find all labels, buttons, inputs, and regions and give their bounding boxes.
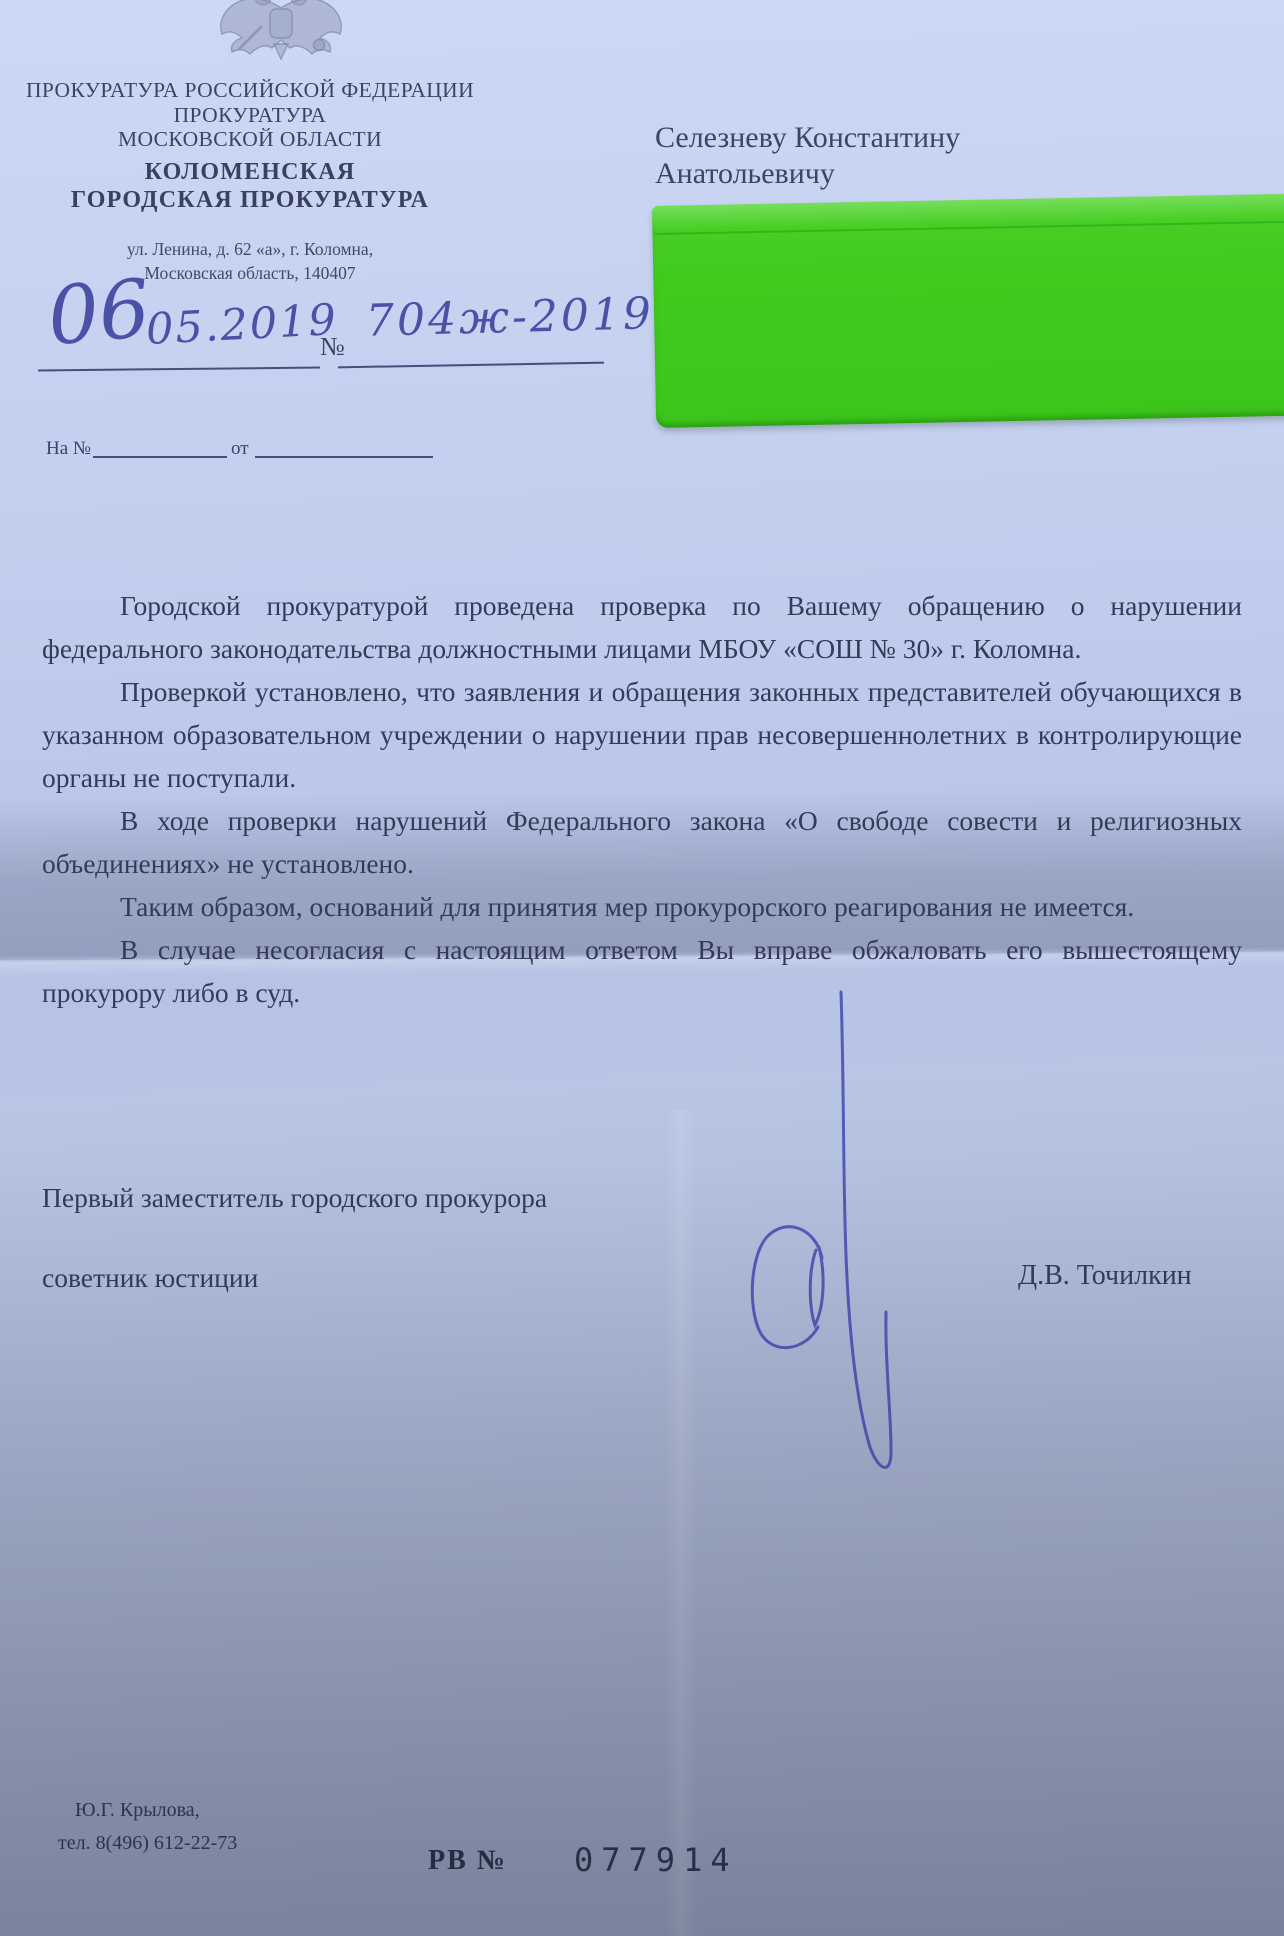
handwritten-date-rest: 05.2019	[145, 295, 339, 355]
letterhead-org-line1: ПРОКУРАТУРА РОССИЙСКОЙ ФЕДЕРАЦИИ	[8, 78, 492, 103]
body-paragraph-1: Городской прокуратурой проведена проверк…	[42, 584, 1242, 670]
green-sticker	[652, 193, 1284, 428]
stamp-prefix-label: РВ №	[428, 1845, 507, 1877]
letterhead-address-line1: ул. Ленина, д. 62 «а», г. Коломна,	[8, 239, 492, 260]
body-paragraph-2: Проверкой установлено, что заявления и о…	[42, 670, 1242, 799]
letterhead-org-line2: ПРОКУРАТУРА	[8, 103, 492, 128]
executor-name: Ю.Г. Крылова,	[75, 1799, 200, 1822]
paper-crease	[664, 1110, 698, 1936]
signer-name: Д.В. Точилкин	[1018, 1260, 1192, 1292]
russia-coat-of-arms-icon	[206, 0, 356, 60]
body-paragraph-3: В ходе проверки нарушений Федерального з…	[42, 799, 1242, 885]
letter-body: Городской прокуратурой проведена проверк…	[42, 584, 1242, 1014]
letterhead-office-line1: КОЛОМЕНСКАЯ	[8, 159, 492, 186]
signer-rank: советник юстиции	[42, 1262, 258, 1294]
date-underline	[38, 367, 320, 372]
reply-reference-line: На № от	[46, 438, 433, 460]
reply-prefix-label: На №	[46, 438, 91, 460]
executor-phone: тел. 8(496) 612-22-73	[58, 1832, 237, 1855]
stamp-number: 077914	[574, 1841, 738, 1879]
handwritten-date-day: 06	[44, 262, 154, 364]
pen-signature-icon	[700, 985, 960, 1505]
recipient-line2: Анатольевичу	[655, 156, 960, 192]
body-paragraph-5: В случае несогласия с настоящим ответом …	[42, 928, 1242, 1014]
number-underline	[338, 362, 604, 369]
reply-number-blank	[93, 456, 227, 458]
handwritten-outgoing-number: 704ж-2019	[365, 288, 654, 347]
reply-from-label: от	[231, 438, 249, 460]
letterhead-office-line2: ГОРОДСКАЯ ПРОКУРАТУРА	[8, 187, 492, 214]
letterhead-org-line3: МОСКОВСКОЙ ОБЛАСТИ	[8, 127, 492, 152]
letter-photo: ПРОКУРАТУРА РОССИЙСКОЙ ФЕДЕРАЦИИ ПРОКУРА…	[0, 0, 1284, 1936]
reply-date-blank	[255, 456, 433, 458]
number-sign-label: №	[320, 332, 345, 362]
signer-position: Первый заместитель городского прокурора	[42, 1182, 547, 1214]
recipient-line1: Селезневу Константину	[655, 120, 960, 156]
body-paragraph-4: Таким образом, оснований для принятия ме…	[42, 885, 1242, 928]
recipient-block: Селезневу Константину Анатольевичу	[655, 120, 960, 192]
